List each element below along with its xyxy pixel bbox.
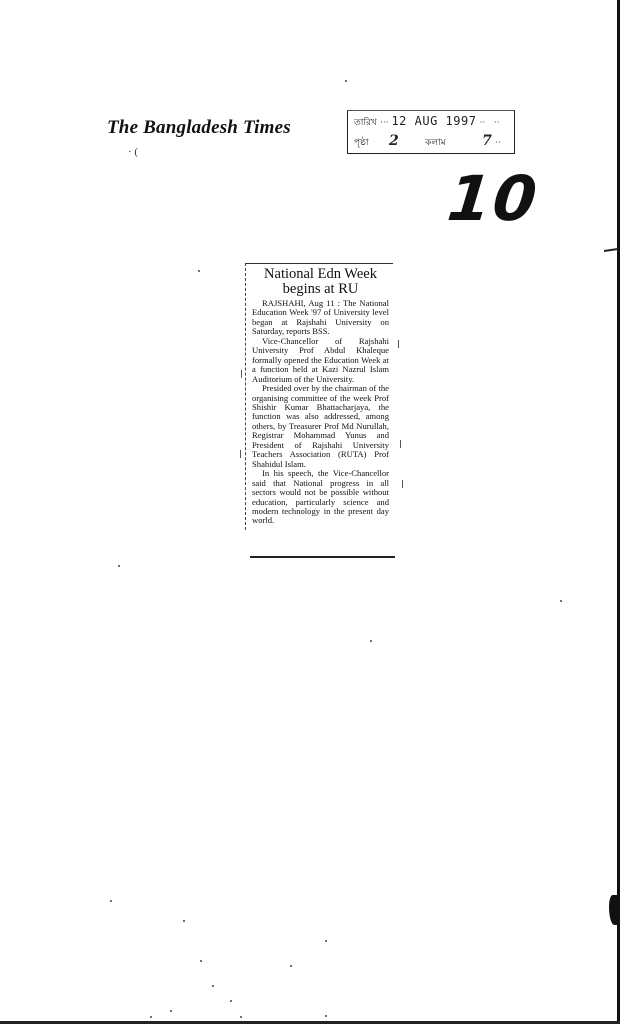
scan-artifact <box>370 640 372 642</box>
stamp-dots: ··· <box>380 118 391 128</box>
scan-artifact <box>150 1016 152 1018</box>
stamp-date-value: 12 AUG 1997 <box>391 114 476 128</box>
scan-mark: · ( <box>128 146 138 158</box>
scan-artifact <box>198 270 200 272</box>
scan-artifact <box>200 960 202 962</box>
article-body: RAJSHAHI, Aug 11 : The National Educatio… <box>252 299 389 526</box>
scan-artifact <box>609 895 618 925</box>
scan-artifact <box>183 920 185 922</box>
scan-artifact <box>110 900 112 902</box>
stamp-dots: ·· <box>495 138 501 148</box>
clipping-bottom-rule <box>250 556 395 558</box>
date-stamp: তারিখ ··· 12 AUG 1997 ·· ·· পৃষ্ঠা 2 কলা… <box>347 110 515 154</box>
headline-line-2: begins at RU <box>252 282 389 297</box>
stamp-column-label: কলাম <box>425 138 446 148</box>
handwritten-page-number: 10 <box>444 162 542 235</box>
scan-artifact <box>170 1010 172 1012</box>
scan-artifact <box>212 985 214 987</box>
scanned-page: The Bangladesh Times · ( তারিখ ··· 12 AU… <box>0 0 620 1024</box>
stamp-page-label: পৃষ্ঠা <box>354 138 369 148</box>
publication-name: The Bangladesh Times <box>107 117 291 139</box>
scan-artifact <box>241 370 242 378</box>
scan-artifact <box>240 450 241 458</box>
headline-line-1: National Edn Week <box>252 267 389 282</box>
stamp-date-row: তারিখ ··· 12 AUG 1997 ·· ·· <box>354 114 500 130</box>
scan-artifact <box>398 340 399 348</box>
scan-artifact <box>325 1015 327 1017</box>
news-clipping: National Edn Week begins at RU RAJSHAHI,… <box>245 263 393 530</box>
stamp-page-value: 2 <box>389 133 399 149</box>
scan-artifact <box>400 440 401 448</box>
scan-artifact <box>560 600 562 602</box>
scan-artifact <box>240 1016 242 1018</box>
article-paragraph: Vice-Chancellor of Rajshahi University P… <box>252 337 389 384</box>
scan-artifact <box>290 965 292 967</box>
stamp-column-value: 7 <box>482 133 492 149</box>
stamp-dots: ·· ·· <box>480 118 500 128</box>
scan-artifact <box>604 248 618 252</box>
article-headline: National Edn Week begins at RU <box>252 267 389 297</box>
scan-artifact <box>230 1000 232 1002</box>
scan-artifact <box>325 940 327 942</box>
stamp-page-row: পৃষ্ঠা 2 কলাম 7 ·· <box>354 133 501 150</box>
article-paragraph: RAJSHAHI, Aug 11 : The National Educatio… <box>252 299 389 337</box>
scan-artifact <box>118 565 120 567</box>
scan-artifact <box>345 80 347 82</box>
article-paragraph: Presided over by the chairman of the org… <box>252 384 389 469</box>
article-paragraph: In his speech, the Vice-Chancellor said … <box>252 469 389 526</box>
stamp-date-label: তারিখ <box>354 118 377 128</box>
scan-artifact <box>402 480 403 488</box>
